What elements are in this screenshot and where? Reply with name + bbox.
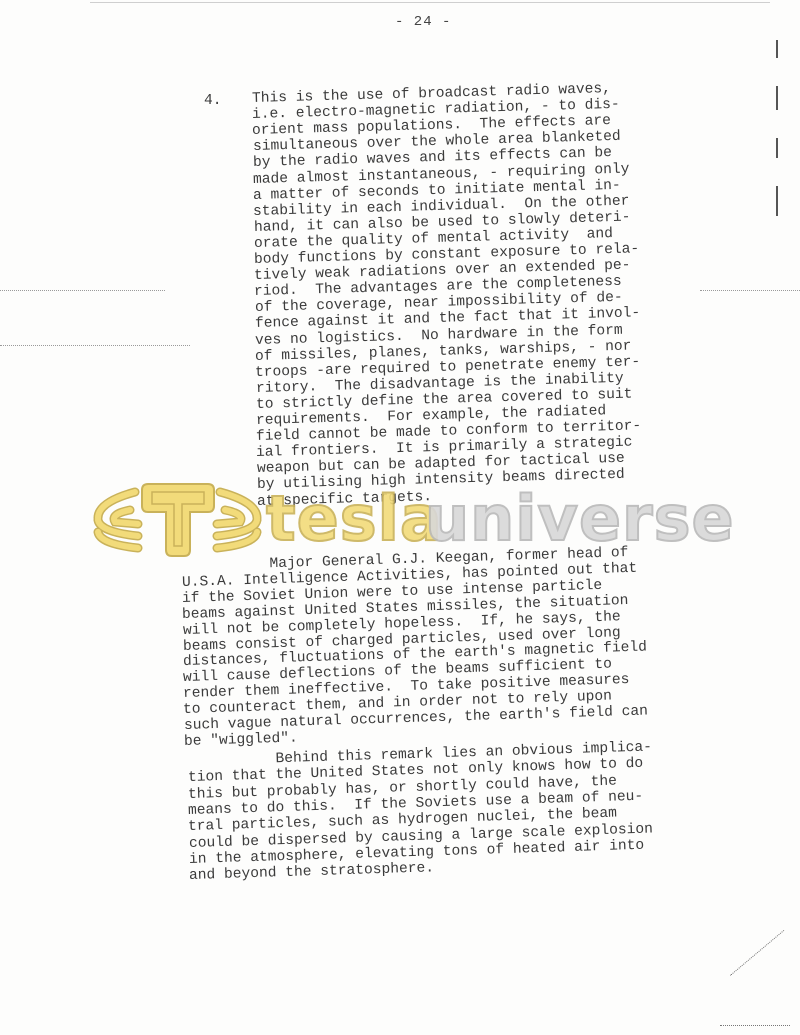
- scan-artifact-line: [700, 290, 800, 292]
- tesla-logo-icon: [90, 480, 265, 558]
- scan-corner-mark: [720, 975, 790, 1026]
- item-number: 4.: [204, 93, 222, 109]
- scan-artifact-line: [0, 290, 165, 292]
- page-number: - 24 -: [395, 14, 451, 30]
- text-line: at specific targets.: [257, 490, 432, 509]
- scan-edge-marks: [776, 10, 779, 200]
- scan-top-edge: [90, 2, 770, 3]
- text-line: be "wiggled".: [183, 731, 297, 749]
- scan-artifact-line: [0, 345, 190, 347]
